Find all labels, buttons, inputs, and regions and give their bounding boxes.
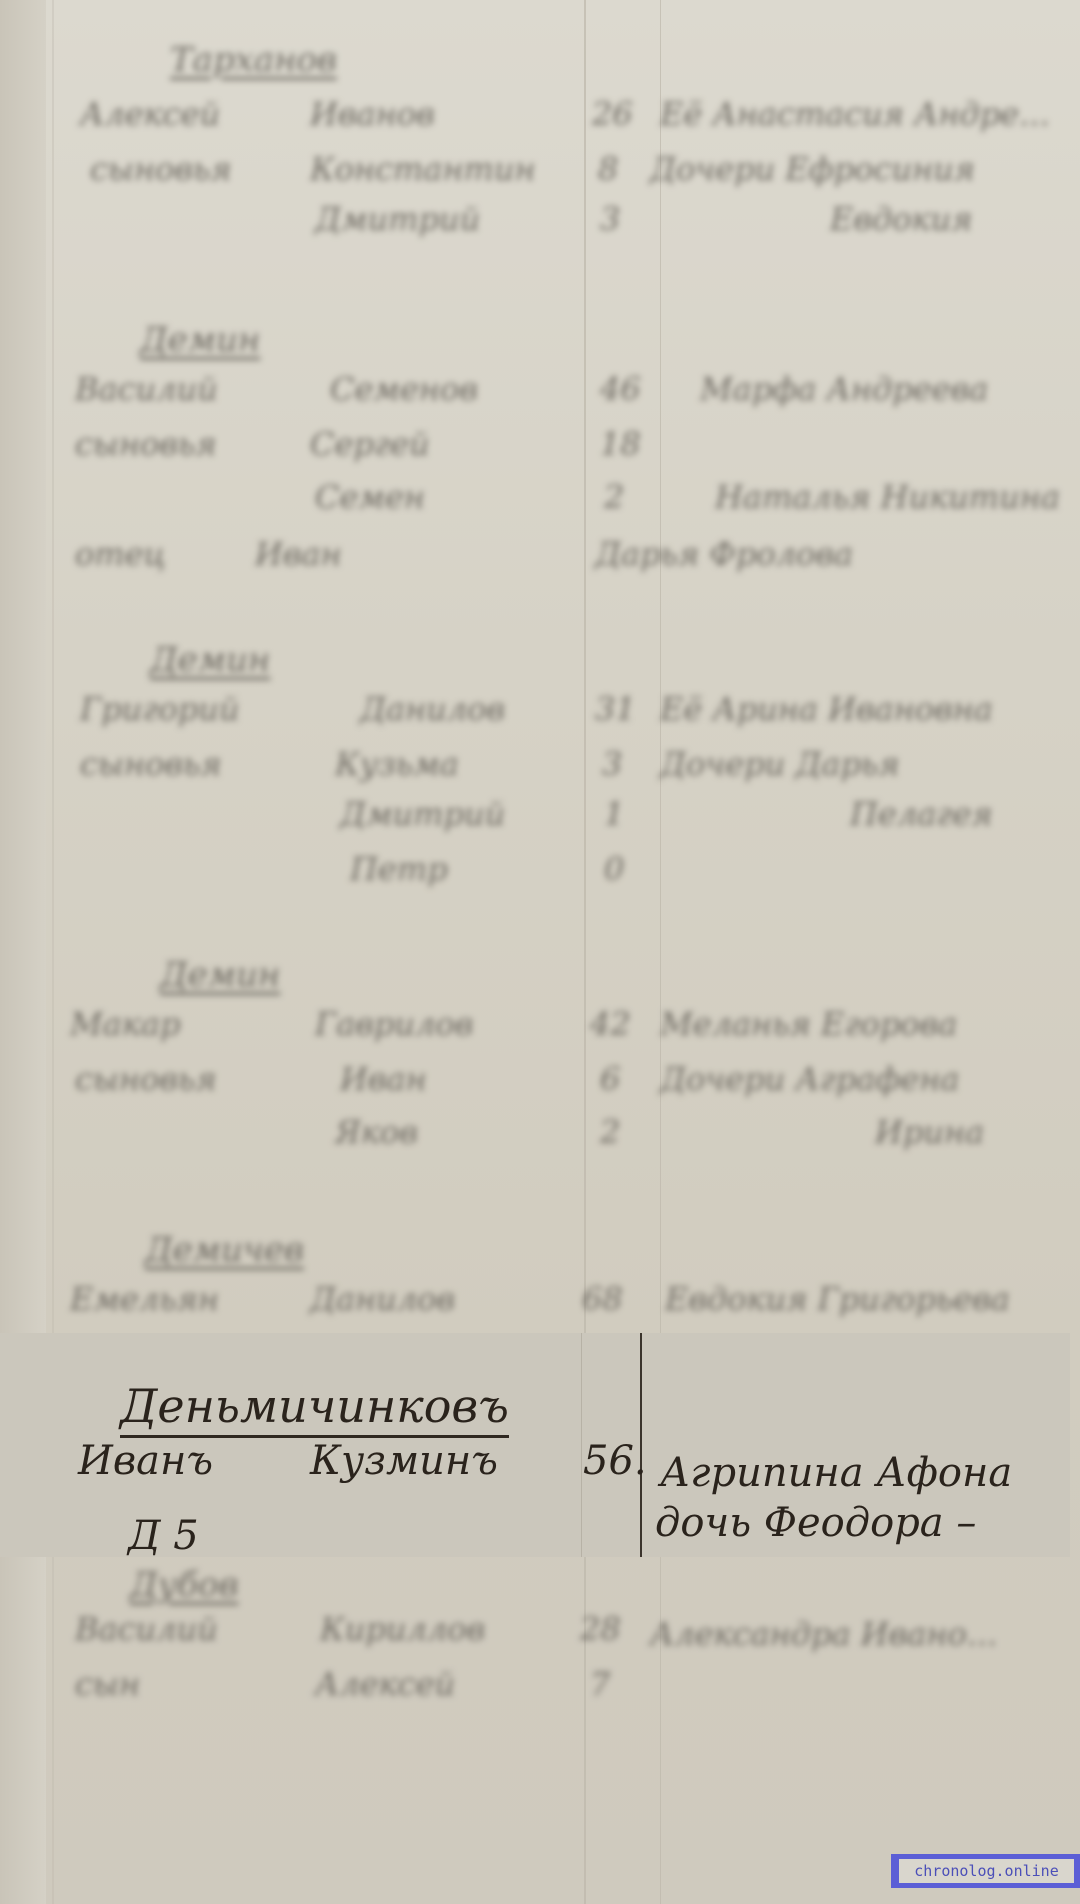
blurred-patronymic: Алексей: [315, 1665, 455, 1703]
blurred-patronymic: Кириллов: [320, 1610, 485, 1648]
blurred-wife: Наталья Никитина: [715, 478, 1060, 516]
blurred-age: 31: [595, 690, 636, 728]
blurred-age: 8: [598, 150, 618, 188]
blurred-wife: Евдокия: [830, 200, 972, 238]
blurred-given: Василий: [75, 1610, 218, 1648]
watermark-badge: chronolog.online: [891, 1854, 1080, 1888]
blurred-age: 7: [590, 1665, 610, 1703]
blurred-age: 3: [600, 200, 620, 238]
entry-given-name: Иванъ: [78, 1438, 213, 1484]
blurred-patronymic: Иван: [340, 1060, 427, 1098]
blurred-surname: Демин: [140, 320, 260, 360]
blurred-patronymic: Иванов: [310, 95, 435, 133]
blurred-age: 6: [600, 1060, 620, 1098]
blurred-wife: Дочери Ефросиния: [650, 150, 975, 188]
blurred-given: сыновья: [90, 150, 232, 188]
blurred-wife: Дочери Дарья: [660, 745, 900, 783]
blurred-given: Василий: [75, 370, 218, 408]
blurred-age: 1: [604, 795, 624, 833]
blurred-wife: Меланья Егорова: [660, 1005, 957, 1043]
blurred-age: 68: [582, 1280, 623, 1318]
blurred-given: сыновья: [75, 425, 217, 463]
blurred-surname: Демичев: [145, 1230, 304, 1270]
blurred-age: 3: [602, 745, 622, 783]
blurred-surname: Демин: [160, 955, 280, 995]
blurred-given: сыновья: [75, 1060, 217, 1098]
blurred-age: 26: [592, 95, 633, 133]
blurred-patronymic: Петр: [350, 850, 448, 888]
blurred-surname: Тарханов: [170, 40, 337, 80]
entry-age: 56.: [583, 1438, 647, 1484]
blurred-age: 18: [600, 425, 641, 463]
blurred-patronymic: Данилов: [360, 690, 505, 728]
blurred-given: сын: [75, 1665, 140, 1703]
blurred-patronymic: Данилов: [310, 1280, 455, 1318]
margin-line: [52, 0, 54, 1904]
blurred-wife: Её Арина Ивановна: [660, 690, 993, 728]
blurred-given: Емельян: [70, 1280, 219, 1318]
blurred-wife: Александра Ивано...: [650, 1615, 997, 1653]
document-page: Тарханов Алексей Иванов 26 Её Анастасия …: [0, 0, 1080, 1904]
blurred-patronymic: Константин: [310, 150, 536, 188]
blurred-patronymic: Семен: [315, 478, 425, 516]
blurred-patronymic: Гаврилов: [315, 1005, 473, 1043]
blurred-given: Алексей: [80, 95, 220, 133]
blurred-wife: Марфа Андреева: [700, 370, 988, 408]
watermark-text: chronolog.online: [899, 1859, 1074, 1883]
blurred-age: 0: [604, 850, 624, 888]
next-surname-partial: Д 5: [128, 1513, 199, 1559]
blurred-patronymic: Кузьма: [335, 745, 459, 783]
blurred-given: Макар: [70, 1005, 181, 1043]
blurred-wife: Евдокия Григорьева: [665, 1280, 1010, 1318]
entry-surname: Деньмичинковъ: [120, 1379, 509, 1438]
blurred-patronymic: Сергей: [310, 425, 430, 463]
blurred-wife: Дарья Фролова: [595, 535, 853, 573]
blurred-patronymic: Семенов: [330, 370, 478, 408]
blurred-patronymic: Дмитрий: [340, 795, 505, 833]
blurred-patronymic: Дмитрий: [315, 200, 480, 238]
blurred-wife: Пелагея: [850, 795, 993, 833]
blurred-wife: Дочери Аграфена: [660, 1060, 960, 1098]
blurred-age: 2: [600, 1113, 620, 1151]
blurred-given: сыновья: [80, 745, 222, 783]
entry-patronymic: Кузминъ: [310, 1438, 498, 1484]
blurred-patronymic: Яков: [335, 1113, 418, 1151]
highlighted-entry: Деньмичинковъ Иванъ Кузминъ 56. Агрипина…: [0, 1333, 1070, 1557]
age-column-line: [581, 1333, 582, 1557]
blurred-given: отец: [75, 535, 166, 573]
blurred-age: 42: [590, 1005, 631, 1043]
blurred-age: 28: [580, 1610, 621, 1648]
blurred-surname: Дубов: [130, 1565, 238, 1605]
entry-wife-line-2: дочь Феодора –: [655, 1500, 976, 1546]
blurred-wife: Ирина: [875, 1113, 984, 1151]
blurred-wife: Её Анастасия Андре...: [660, 95, 1050, 133]
blurred-age: 46: [600, 370, 641, 408]
blurred-given: Григорий: [80, 690, 239, 728]
page-left-edge: [0, 0, 46, 1904]
blurred-age: 2: [604, 478, 624, 516]
entry-wife-line-1: Агрипина Афона: [660, 1450, 1012, 1496]
blurred-surname: Демин: [150, 640, 270, 680]
blurred-patronymic: Иван: [255, 535, 342, 573]
